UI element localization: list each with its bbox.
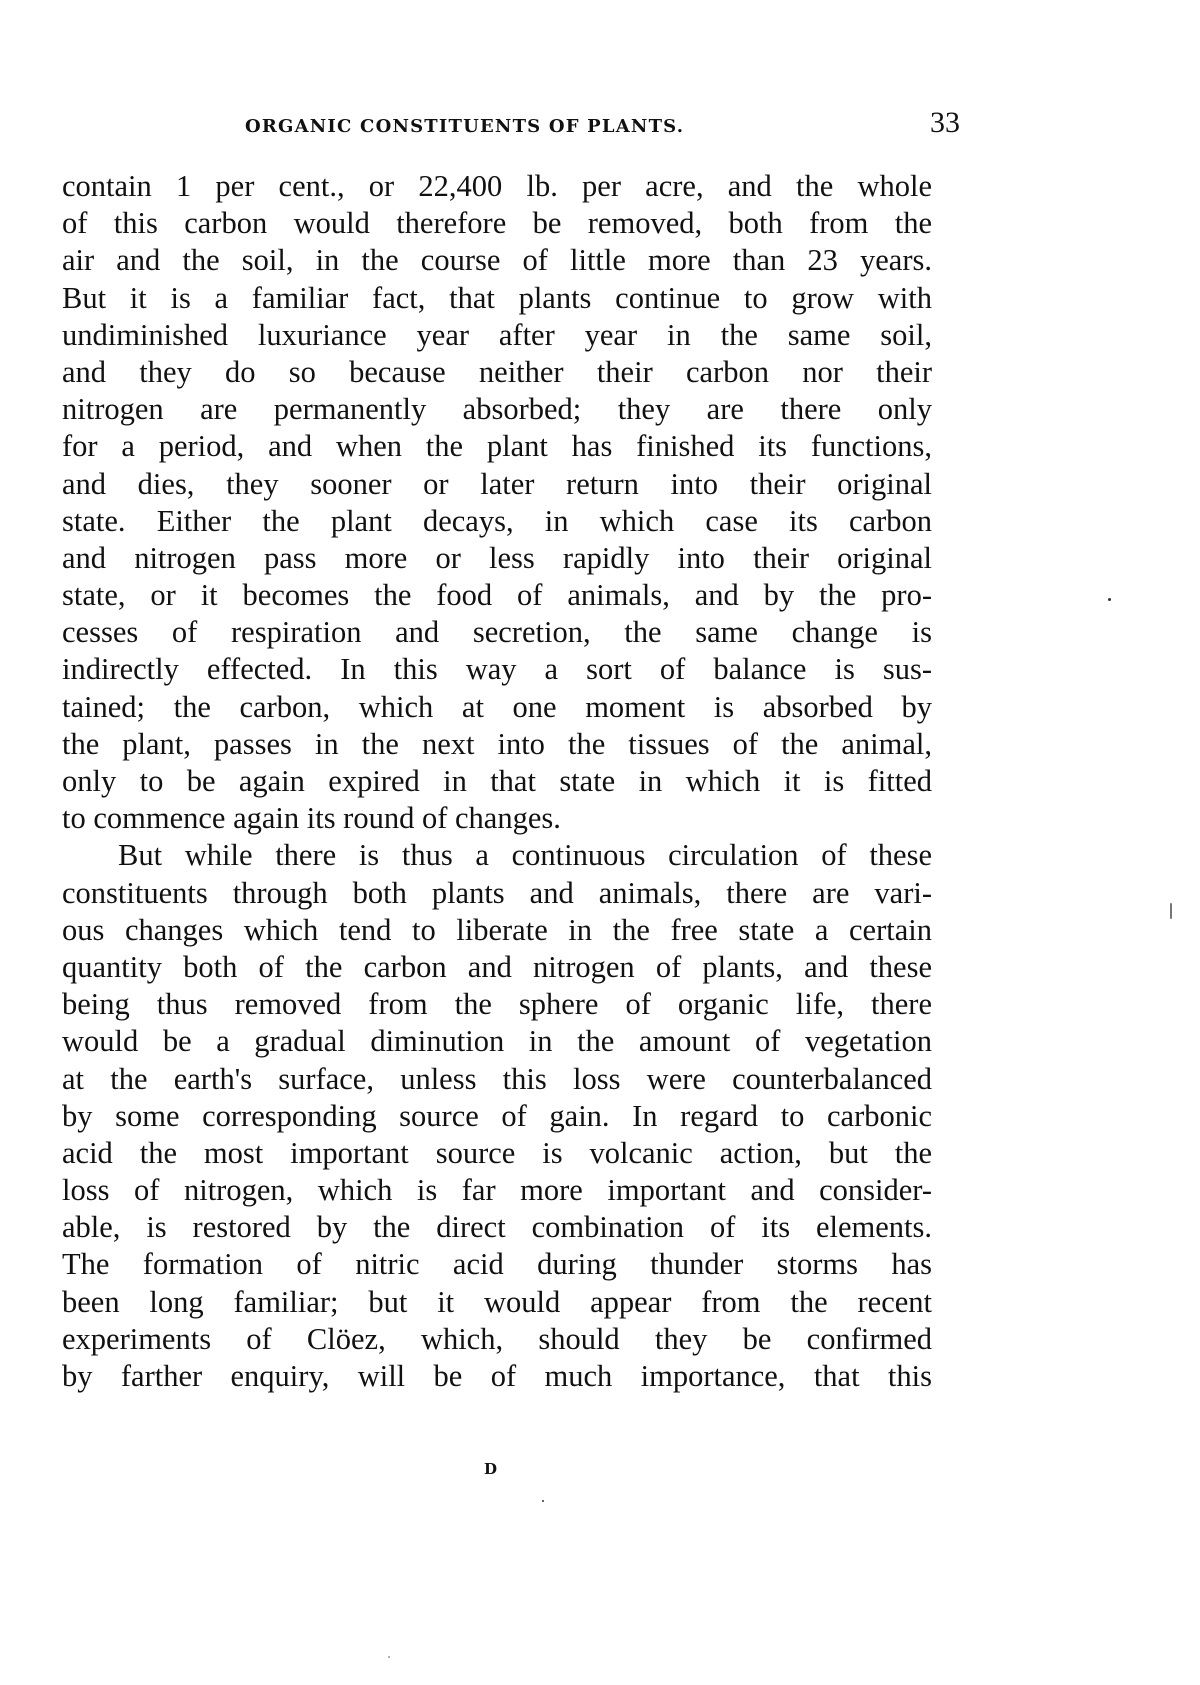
text-line: contain 1 per cent., or 22,400 lb. per a… xyxy=(62,168,932,205)
text-line: cesses of respiration and secretion, the… xyxy=(62,614,932,651)
text-line: able, is restored by the direct combinat… xyxy=(62,1209,932,1246)
text-line: by some corresponding source of gain. In… xyxy=(62,1098,932,1135)
text-line: at the earth's surface, unless this loss… xyxy=(62,1061,932,1098)
scan-artifact xyxy=(388,1656,390,1658)
text-line: and they do so because neither their car… xyxy=(62,354,932,391)
running-title: ORGANIC CONSTITUENTS OF PLANTS. xyxy=(245,116,825,137)
scan-artifact xyxy=(1170,903,1172,919)
scan-artifact xyxy=(542,1500,544,1502)
text-line: only to be again expired in that state i… xyxy=(62,763,932,800)
text-line: But while there is thus a continuous cir… xyxy=(62,837,932,874)
text-line: state. Either the plant decays, in which… xyxy=(62,503,932,540)
text-line: and nitrogen pass more or less rapidly i… xyxy=(62,540,932,577)
text-line: undiminished luxuriance year after year … xyxy=(62,317,932,354)
text-line: constituents through both plants and ani… xyxy=(62,875,932,912)
text-line: and dies, they sooner or later return in… xyxy=(62,466,932,503)
text-line: tained; the carbon, which at one moment … xyxy=(62,689,932,726)
text-line: state, or it becomes the food of animals… xyxy=(62,577,932,614)
text-line: for a period, and when the plant has fin… xyxy=(62,428,932,465)
text-line: air and the soil, in the course of littl… xyxy=(62,242,932,279)
text-line: the plant, passes in the next into the t… xyxy=(62,726,932,763)
scan-artifact xyxy=(1108,598,1111,601)
text-line: been long familiar; but it would appear … xyxy=(62,1284,932,1321)
paragraph-2: But while there is thus a continuous cir… xyxy=(62,837,932,1395)
text-line: indirectly effected. In this way a sort … xyxy=(62,651,932,688)
text-line: loss of nitrogen, which is far more impo… xyxy=(62,1172,932,1209)
text-line: of this carbon would therefore be remove… xyxy=(62,205,932,242)
page-number: 33 xyxy=(930,106,960,140)
book-page: ORGANIC CONSTITUENTS OF PLANTS. 33 conta… xyxy=(0,0,1200,1685)
text-line: by farther enquiry, will be of much impo… xyxy=(62,1358,932,1395)
signature-mark: D xyxy=(484,1460,497,1478)
body-text: contain 1 per cent., or 22,400 lb. per a… xyxy=(62,168,932,1395)
text-line: being thus removed from the sphere of or… xyxy=(62,986,932,1023)
paragraph-1: contain 1 per cent., or 22,400 lb. per a… xyxy=(62,168,932,837)
text-line: would be a gradual diminution in the amo… xyxy=(62,1023,932,1060)
text-line: The formation of nitric acid during thun… xyxy=(62,1246,932,1283)
text-line: But it is a familiar fact, that plants c… xyxy=(62,280,932,317)
text-line: experiments of Clöez, which, should they… xyxy=(62,1321,932,1358)
text-line: ous changes which tend to liberate in th… xyxy=(62,912,932,949)
text-line: nitrogen are permanently absorbed; they … xyxy=(62,391,932,428)
text-line: to commence again its round of changes. xyxy=(62,800,932,837)
text-line: acid the most important source is volcan… xyxy=(62,1135,932,1172)
text-line: quantity both of the carbon and nitrogen… xyxy=(62,949,932,986)
